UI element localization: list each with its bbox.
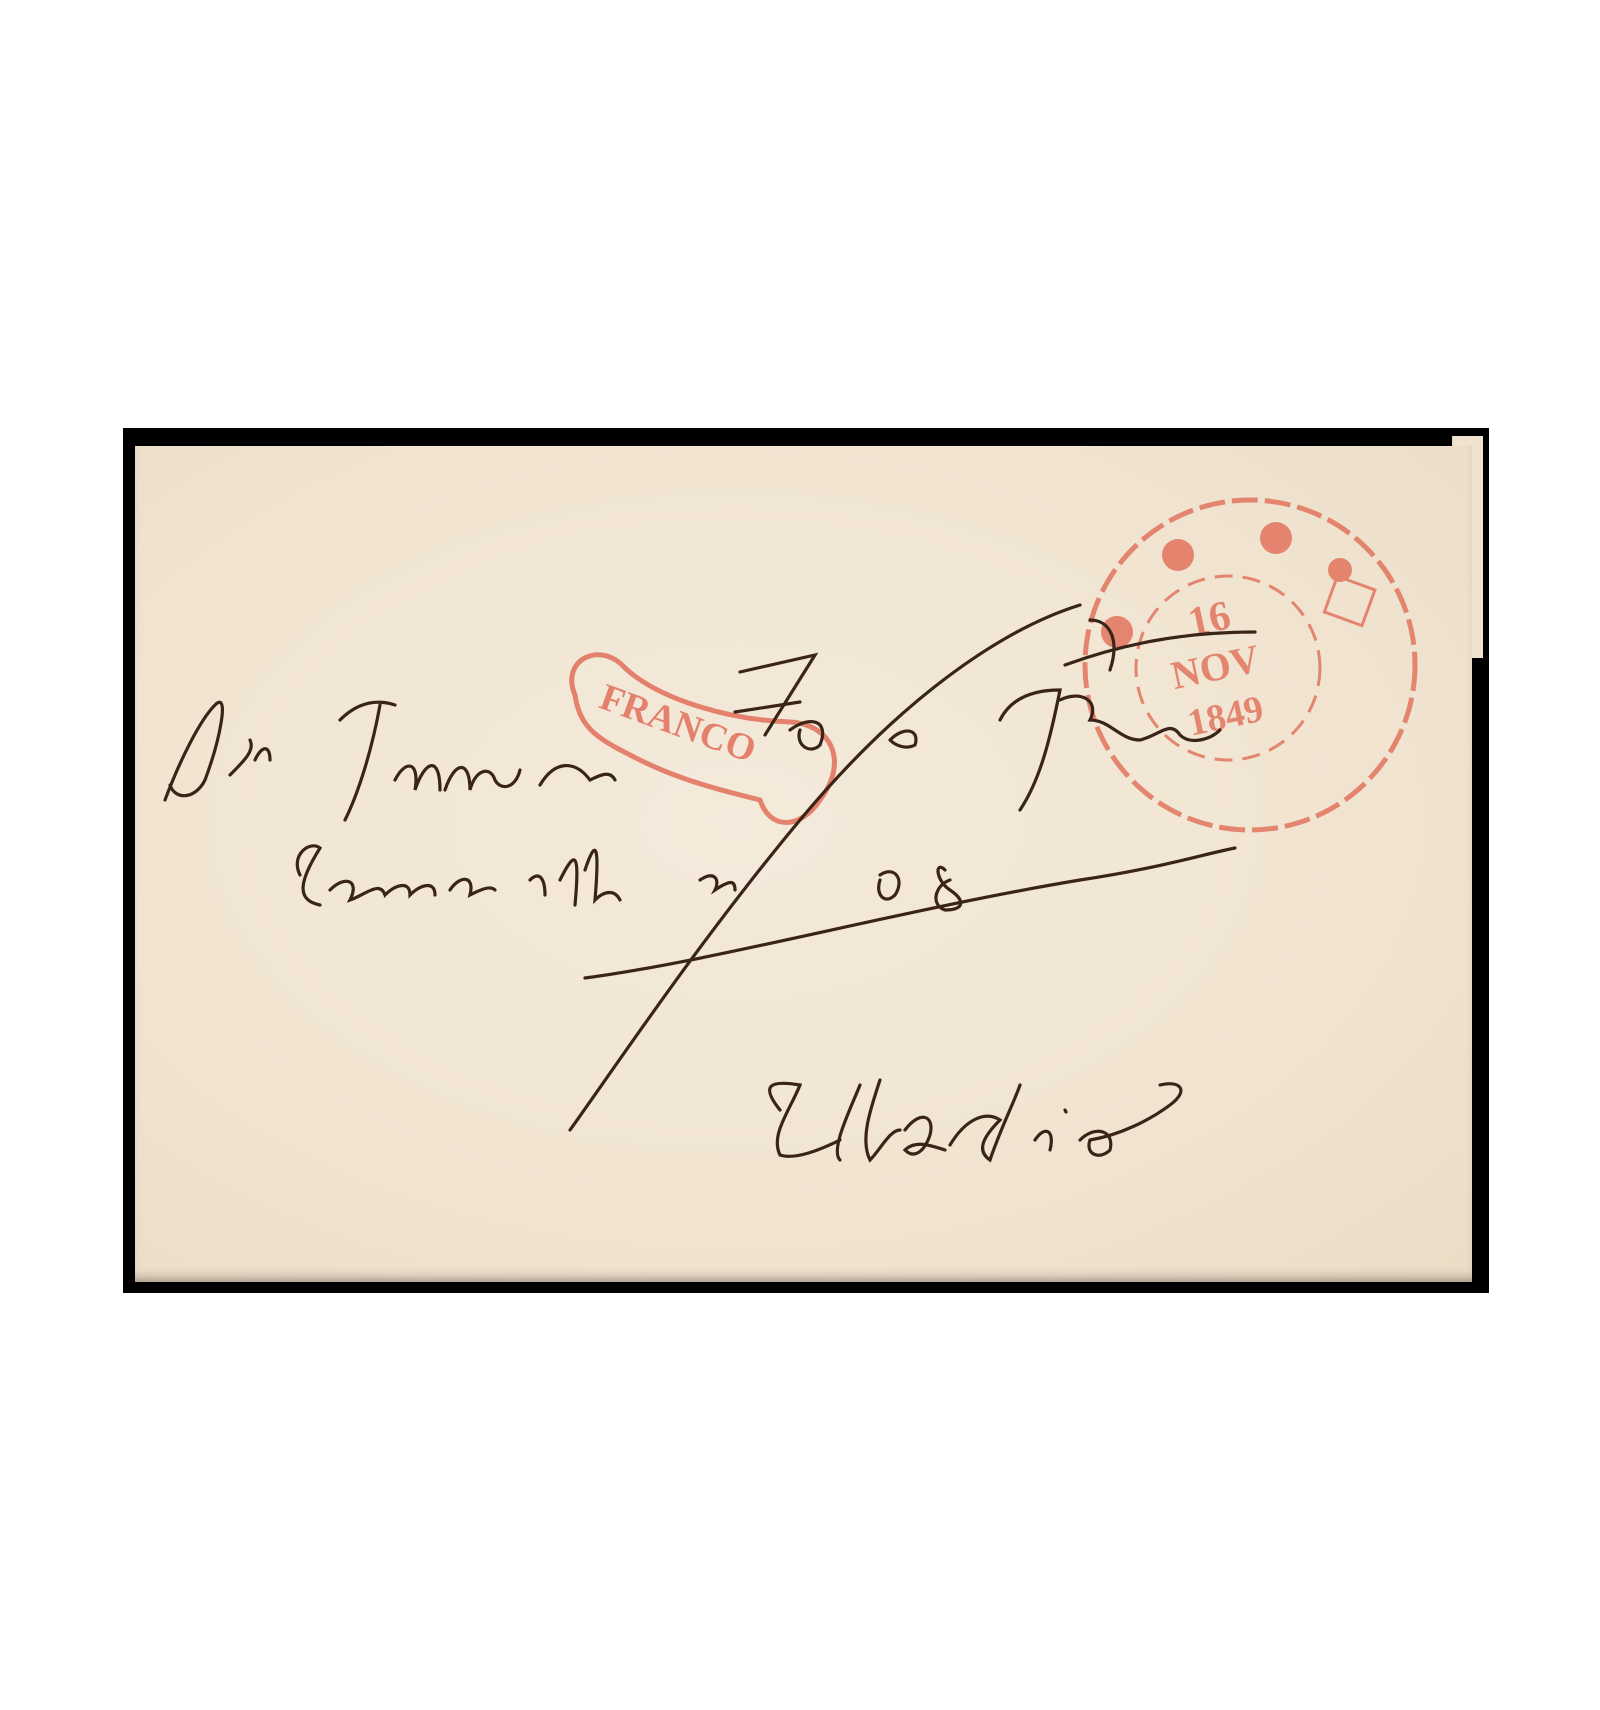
franco-postmark: FRANCO bbox=[572, 655, 835, 823]
svg-text:NOV: NOV bbox=[1167, 636, 1263, 699]
date-postmark: 16 NOV 1849 bbox=[1085, 500, 1415, 830]
cover-markings: FRANCO 16 NOV 1849 bbox=[0, 0, 1600, 1710]
handwritten-address bbox=[165, 605, 1255, 1160]
svg-text:FRANCO: FRANCO bbox=[594, 676, 761, 771]
svg-text:16: 16 bbox=[1184, 592, 1235, 646]
svg-text:1849: 1849 bbox=[1184, 688, 1267, 745]
